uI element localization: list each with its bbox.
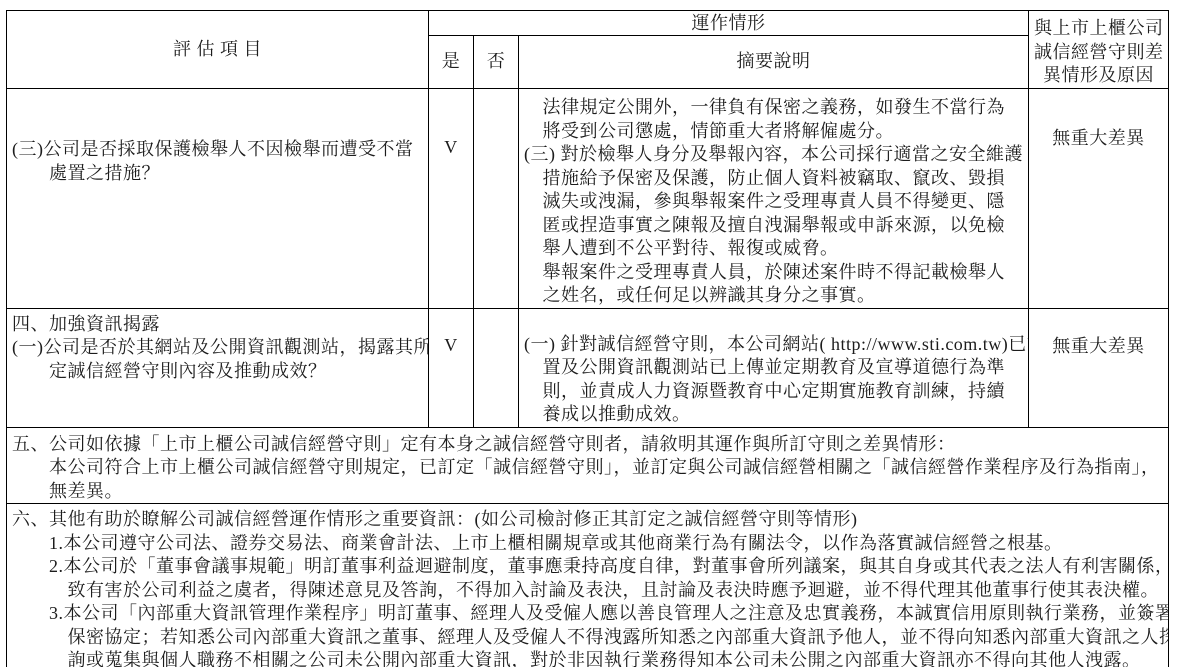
text-line: 五、公司如依據「上市上櫃公司誠信經營守則」定有本身之誠信經營守則者，請敘明其運作… (12, 433, 1163, 457)
question-cell-row2: 四、加強資訊揭露(一)公司是否於其網站及公開資訊觀測站，揭露其所 定誠信經營守則… (7, 308, 429, 427)
text-line: 匿或捏造事實之陳報及擅自洩漏舉報或申訴來源，以免檢 (524, 214, 1023, 238)
text-line: 3.本公司「內部重大資訊管理作業程序」明訂董事、經理人及受僱人應以善良管理人之注… (12, 602, 1163, 626)
table-row: (三)公司是否採取保護檢舉人不因檢舉而遭受不當 處置之措施？ V 法律規定公開外… (7, 89, 1169, 309)
question-cell-row1: (三)公司是否採取保護檢舉人不因檢舉而遭受不當 處置之措施？ (7, 89, 429, 309)
summary-cell-row1: 法律規定公開外，一律負有保密之義務，如發生不當行為 將受到公司懲處，情節重大者將… (519, 89, 1029, 309)
section-six-row: 六、其他有助於瞭解公司誠信經營運作情形之重要資訊：(如公司檢討修正其訂定之誠信經… (7, 504, 1169, 667)
difference-cell-row2: 無重大差異 (1029, 308, 1169, 427)
text-line: 處置之措施？ (12, 162, 423, 186)
text-line: 本公司符合上市上櫃公司誠信經營守則規定，已訂定「誠信經營守則」，並訂定與公司誠信… (12, 456, 1163, 480)
summary-cell-row2: (一) 針對誠信經營守則，本公司網站( http://www.sti.com.t… (519, 308, 1029, 427)
text-line: 舉人遭到不公平對待、報復或威脅。 (524, 237, 1023, 261)
header-yes: 是 (429, 36, 474, 89)
text-line: (一) 針對誠信經營守則，本公司網站( http://www.sti.com.t… (524, 333, 1023, 357)
section-six-text: 六、其他有助於瞭解公司誠信經營運作情形之重要資訊：(如公司檢討修正其訂定之誠信經… (7, 504, 1169, 667)
section-five-row: 五、公司如依據「上市上櫃公司誠信經營守則」定有本身之誠信經營守則者，請敘明其運作… (7, 427, 1169, 504)
text-line: 養成以推動成效。 (524, 403, 1023, 427)
table-row: 四、加強資訊揭露(一)公司是否於其網站及公開資訊觀測站，揭露其所 定誠信經營守則… (7, 308, 1169, 427)
text-line: 舉報案件之受理專責人員，於陳述案件時不得記載檢舉人 (524, 261, 1023, 285)
text-line: 定誠信經營守則內容及推動成效？ (12, 360, 423, 384)
ethics-evaluation-table: 評 估 項 目 運作情形 與上市上櫃公司誠信經營守則差異情形及原因 是 否 摘要… (6, 10, 1169, 667)
text-line: 置及公開資訊觀測站已上傳並定期教育及宣導道德行為準 (524, 356, 1023, 380)
text-line: 1.本公司遵守公司法、證券交易法、商業會計法、上市上櫃相關規章或其他商業行為有關… (12, 532, 1163, 556)
difference-cell-row1: 無重大差異 (1029, 89, 1169, 309)
text-line: 則，並責成人力資源暨教育中心定期實施教育訓練，持續 (524, 380, 1023, 404)
header-operation-status: 運作情形 (429, 11, 1029, 36)
no-checkmark-row2 (474, 308, 519, 427)
text-line: 之姓名，或任何足以辨識其身分之事實。 (524, 284, 1023, 308)
text-line: 2.本公司於「董事會議事規範」明訂董事利益迴避制度，董事應秉持高度自律，對董事會… (12, 555, 1163, 579)
text-line: 法律規定公開外，一律負有保密之義務，如發生不當行為 (524, 96, 1023, 120)
text-line: 將受到公司懲處，情節重大者將解僱處分。 (524, 120, 1023, 144)
header-row-1: 評 估 項 目 運作情形 與上市上櫃公司誠信經營守則差異情形及原因 (7, 11, 1169, 36)
header-difference-column: 與上市上櫃公司誠信經營守則差異情形及原因 (1029, 11, 1169, 89)
yes-checkmark-row2: V (429, 308, 474, 427)
text-line: 保密協定；若知悉公司內部重大資訊之董事、經理人及受僱人不得洩露所知悉之內部重大資… (12, 626, 1163, 650)
text-line: 誠信經營守則差 (1034, 41, 1163, 65)
text-line: 六、其他有助於瞭解公司誠信經營運作情形之重要資訊：(如公司檢討修正其訂定之誠信經… (12, 508, 1163, 532)
header-summary: 摘要說明 (519, 36, 1029, 89)
text-line: 四、加強資訊揭露 (12, 313, 423, 337)
yes-checkmark-row1: V (429, 89, 474, 309)
no-checkmark-row1 (474, 89, 519, 309)
text-line: 滅失或洩漏，參與舉報案件之受理專責人員不得變更、隱 (524, 190, 1023, 214)
text-line: 致有害於公司利益之虞者，得陳述意見及答詢，不得加入討論及表決，且討論及表決時應予… (12, 579, 1163, 603)
text-line: (一)公司是否於其網站及公開資訊觀測站，揭露其所 (12, 336, 423, 360)
text-line: 異情形及原因 (1034, 64, 1163, 88)
text-line: 與上市上櫃公司 (1034, 17, 1163, 41)
text-line: 無差異。 (12, 480, 1163, 504)
text-line: (三)公司是否採取保護檢舉人不因檢舉而遭受不當 (12, 138, 423, 162)
text-line: 詢或蒐集與個人職務不相關之公司未公開內部重大資訊，對於非因執行業務得知本公司未公… (12, 649, 1163, 667)
evaluation-report-page: 評 估 項 目 運作情形 與上市上櫃公司誠信經營守則差異情形及原因 是 否 摘要… (0, 0, 1179, 667)
text-line: (三) 對於檢舉人身分及舉報內容，本公司採行適當之安全維護 (524, 143, 1023, 167)
header-no: 否 (474, 36, 519, 89)
section-five-text: 五、公司如依據「上市上櫃公司誠信經營守則」定有本身之誠信經營守則者，請敘明其運作… (7, 427, 1169, 504)
header-evaluation-item: 評 估 項 目 (7, 11, 429, 89)
text-line: 措施給予保密及保護，防止個人資料被竊取、竄改、毀損 (524, 167, 1023, 191)
